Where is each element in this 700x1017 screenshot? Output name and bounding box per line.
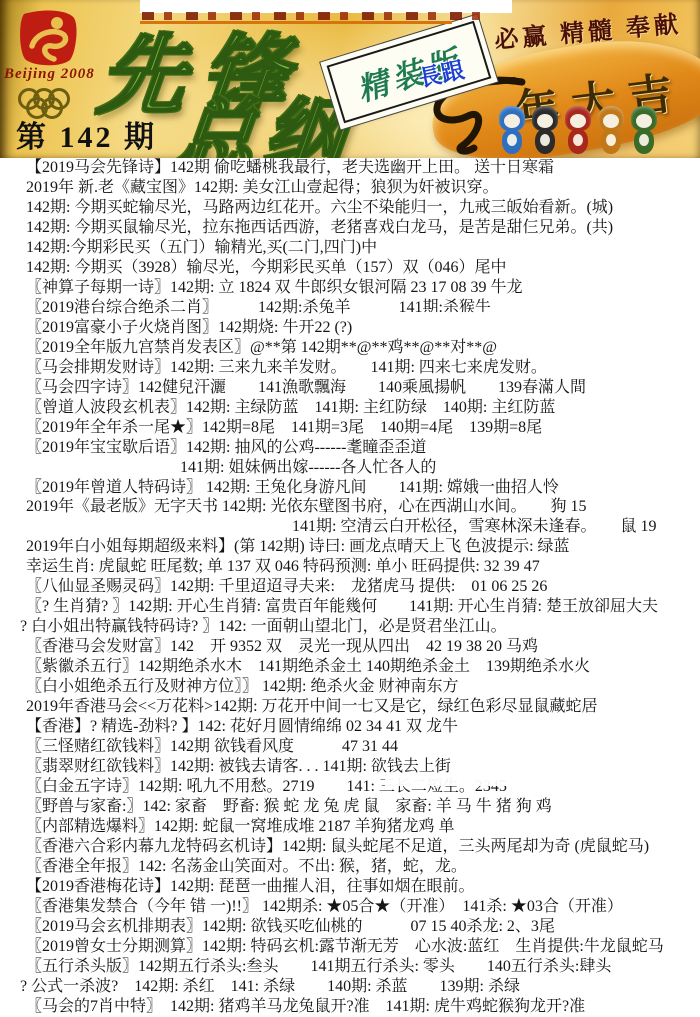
text-line: 〖紫徽杀五行〗142期绝杀水木 141期绝杀金土 140期绝杀金土 139期绝杀… xyxy=(0,657,700,677)
text-line: 〖香港全年报〗142: 名荡金山笑面对。不出: 猴，猪，蛇，龙。 xyxy=(0,857,700,877)
text-line: 〖2019曾女士分期测算〗142期: 特码玄机:露节渐无芳 心水波:蓝红 生肖提… xyxy=(0,937,700,957)
text-line: 【2019马会先锋诗】142期 偷吃蟠桃我最行，老夫选幽开上田。 送十日寒霜 xyxy=(0,158,700,178)
text-line: 〖香港六合彩内幕九龙特码玄机诗】142期: 鼠头蛇尾不足道，三头两尾却为奇 (虎… xyxy=(0,837,700,857)
text-line: 〖三怪赌红欲钱料〗142期 欲钱看风度 47 31 44 xyxy=(0,737,700,757)
text-line: 〖? 生肖猜? 〗142期: 开心生肖猜: 富贵百年能幾何 141期: 开心生肖… xyxy=(0,597,700,617)
text-line: 〖野兽与家畜:〗142: 家畜 野畜: 猴 蛇 龙 兔 虎 鼠 家畜: 羊 马 … xyxy=(0,797,700,817)
text-line: 2019年白小姐每期超级来料】(第 142期) 诗曰: 画龙点晴天上飞 色波提示… xyxy=(0,537,700,557)
text-line: 142期: 今期买蛇输尽光，马路两边红花开。六尘不染能归一，九戒三皈始看新。(城… xyxy=(0,198,700,218)
text-line: 2019年《最老版》无字天书 142期: 光依东壁图书府，心在西湖山水间。 狗 … xyxy=(0,497,700,517)
text-line: ? 公式一杀波? 142期: 杀红 141: 杀绿 140期: 杀蓝 139期:… xyxy=(0,977,700,997)
text-line: 〖白小姐绝杀五行及财神方位〗〗 142期: 绝杀火金 财神南东方 xyxy=(0,677,700,697)
text-line: 〖马会四字诗〗142健兒汗灑 141漁歌飄海 140乘風揚帆 139春滿人間 xyxy=(0,378,700,398)
text-line: 142期: 今期买鼠输尽光，拉东拖西话西游，老猪喜戏白龙马，是苦是甜仨兄弟。(共… xyxy=(0,218,700,238)
text-line: 〖八仙显圣赐灵码〗142期: 千里迢迢寻夫来: 龙猪虎马 提供: 01 06 2… xyxy=(0,577,700,597)
text-line: 〖2019年全年杀一尾★〗142期=8尾 141期=3尾 140期=4尾 139… xyxy=(0,418,700,438)
text-line: 〖香港集发禁合（今年 错 一)!!〗 142期杀: ★05合★（开准） 141杀… xyxy=(0,897,700,917)
fuwa-blue-mascot-icon xyxy=(498,106,526,156)
text-line: 〖马会排期发财诗〗142期: 三来九来羊发财。 141期: 四来七来虎发财。 xyxy=(0,358,700,378)
text-line: 〖马会的7肖中特〗 142期: 猪鸡羊马龙兔鼠开?准 141期: 虎牛鸡蛇猴狗龙… xyxy=(0,997,700,1017)
text-line: 〖2019年宝宝歇后语〗142期: 抽风的公鸡------耄瞳歪歪道 xyxy=(0,438,700,458)
beijing-2008-wordmark: Beijing 2008 xyxy=(4,66,95,83)
text-line: 〖2019马会玄机排期表〗142期: 欲钱买吃仙桃的 07 15 40杀龙: 2… xyxy=(0,917,700,937)
mascots xyxy=(498,106,658,156)
text-line: 【香港】? 精选-劲料? 】142: 花好月圆情绵绵 02 34 41 双 龙牛 xyxy=(0,717,700,737)
text-line: 幸运生肖: 虎鼠蛇 旺尾数; 单 137 双 046 特码预测: 单小 旺码提供… xyxy=(0,557,700,577)
masthead-title-bottom: 总纲 xyxy=(170,72,358,158)
orange-rule-line xyxy=(140,21,452,24)
text-line: 〖神算子每期一诗〗142期: 立 1824 双 牛郎织女银河隔 23 17 08… xyxy=(0,278,700,298)
text-line: 〖曾道人波段玄机表〗142期: 主绿防蓝 141期: 主红防绿 140期: 主红… xyxy=(0,398,700,418)
fuwa-orange-mascot-icon xyxy=(597,106,625,156)
text-line: 〖五行杀头版〗142期五行杀头:叁头 141期五行杀头: 零头 140五行杀头:… xyxy=(0,957,700,977)
text-line: 141期: 空清云白开松径，雪寒林深未逢春。 鼠 19 xyxy=(0,517,700,537)
text-line: 141期: 姐妹俩出嫁------各人忙各人的 xyxy=(0,458,700,478)
text-line: 142期:今期彩民买（五门）输精光,买(二门,四门)中 xyxy=(0,238,700,258)
white-censor-box-bottom xyxy=(385,773,700,786)
text-line: 2019年香港马会<<万花料>142期: 万花开中间一七又是它，绿红色彩尽显鼠藏… xyxy=(0,697,700,717)
text-lines: 【2019马会先锋诗】142期 偷吃蟠桃我最行，老夫选幽开上田。 送十日寒霜20… xyxy=(0,158,700,1017)
white-censor-box-top xyxy=(410,312,700,325)
lottery-tip-sheet-page: Beijing 2008 第 142 期 先锋 总纲 精装版 必赢 精髓 奉献 … xyxy=(0,0,700,1017)
text-line: 2019年 新.老《藏宝图》142期: 美女江山壹起得；狼狈为奸被识穿。 xyxy=(0,178,700,198)
red-garbled-text-artifact xyxy=(142,12,490,20)
fuwa-panda-mascot-icon xyxy=(531,106,559,156)
text-line: 〖香港马会发财富〗142 开 9352 双 灵光一现从四出 42 19 38 2… xyxy=(0,637,700,657)
beijing-2008-seal-icon xyxy=(16,8,80,68)
issue-number-label: 第 142 期 xyxy=(16,112,157,156)
text-line: 〖2019年曾道人特码诗〗 142期: 王兔化身游凡间 141期: 嫦娥一曲招人… xyxy=(0,478,700,498)
fuwa-red-mascot-icon xyxy=(564,106,592,156)
text-line: 〖内部精选爆料〗142期: 蛇鼠一窝堆成堆 2187 羊狗猪龙鸡 单 xyxy=(0,817,700,837)
text-line: 142期: 今期买（3928）输尽光，今期彩民买单（157）双（046）尾中 xyxy=(0,258,700,278)
masthead: Beijing 2008 第 142 期 先锋 总纲 精装版 必赢 精髓 奉献 … xyxy=(0,0,700,158)
text-line: 【2019香港梅花诗】142期: 琵琶一曲摧人泪，往事如烟在眼前。 xyxy=(0,877,700,897)
text-line: 〖2019全年版九宫禁肖发表区〗@**第 142期**@**鸡**@**对**@ xyxy=(0,338,700,358)
text-line: ? 白小姐出特赢钱特码诗? 〗142: 一面朝山望北门，必是贤君坐江山。 xyxy=(0,617,700,637)
fuwa-green-mascot-icon xyxy=(630,106,658,156)
